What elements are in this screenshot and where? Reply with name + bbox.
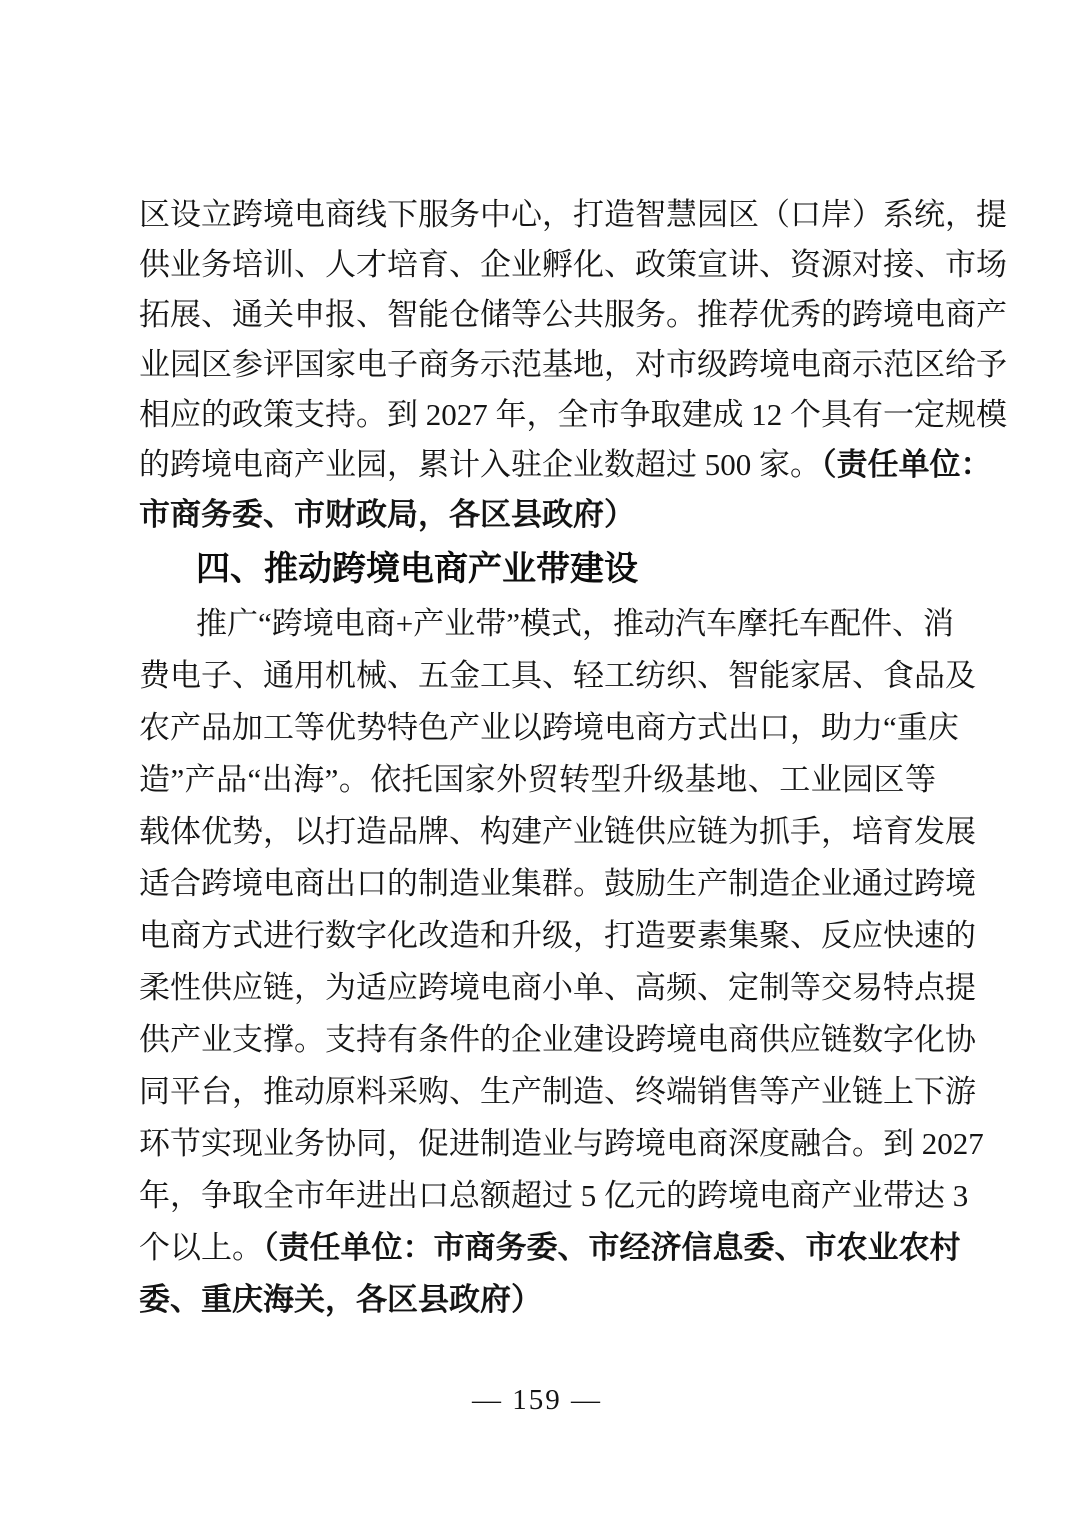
p1-line-6: 的跨境电商产业园，累计入驻企业数超过 500 家。（责任单位：: [139, 440, 936, 490]
p1-line-6-body-text: 的跨境电商产业园，累计入驻企业数超过 500 家。: [139, 447, 821, 482]
p2-line-13-responsible-unit-text: （责任单位：市商务委、市经济信息委、市农业农村: [263, 1230, 961, 1265]
p2-line-5: 载体优势，以打造品牌、构建产业链供应链为抓手，培育发展: [139, 806, 936, 858]
p2-line-6: 适合跨境电商出口的制造业集群。鼓励生产制造企业通过跨境: [139, 858, 936, 910]
page-number: — 159 —: [472, 1384, 602, 1416]
p2-line-11: 环节实现业务协同，促进制造业与跨境电商深度融合。到 2027: [139, 1118, 936, 1170]
page-footer: — 159 —: [0, 1384, 1074, 1417]
p2-line-10: 同平台，推动原料采购、生产制造、终端销售等产业链上下游: [139, 1066, 936, 1118]
text-block: 区设立跨境电商线下服务中心，打造智慧园区（口岸）系统，提 供业务培训、人才培育、…: [139, 190, 936, 1326]
p2-line-14-responsible-unit-text: 委、重庆海关，各区县政府）: [139, 1274, 936, 1326]
p2-line-13-body-text: 个以上。: [139, 1230, 263, 1265]
p2-line-1: 推广“跨境电商+产业带”模式，推动汽车摩托车配件、消: [139, 598, 936, 650]
p2-line-8: 柔性供应链，为适应跨境电商小单、高频、定制等交易特点提: [139, 962, 936, 1014]
p2-line-13: 个以上。（责任单位：市商务委、市经济信息委、市农业农村: [139, 1222, 936, 1274]
p1-line-7-responsible-unit-text: 市商务委、市财政局，各区县政府）: [139, 490, 936, 540]
paragraph-1: 区设立跨境电商线下服务中心，打造智慧园区（口岸）系统，提 供业务培训、人才培育、…: [139, 190, 936, 540]
section-heading: 四、推动跨境电商产业带建设: [139, 540, 936, 598]
p1-line-4: 业园区参评国家电子商务示范基地，对市级跨境电商示范区给予: [139, 340, 936, 390]
p2-line-2: 费电子、通用机械、五金工具、轻工纺织、智能家居、食品及: [139, 650, 936, 702]
p1-line-2: 供业务培训、人才培育、企业孵化、政策宣讲、资源对接、市场: [139, 240, 936, 290]
document-page: 区设立跨境电商线下服务中心，打造智慧园区（口岸）系统，提 供业务培训、人才培育、…: [0, 0, 1074, 1520]
p1-line-6-responsible-unit-text: （责任单位：: [821, 447, 992, 482]
p2-line-12: 年，争取全市年进出口总额超过 5 亿元的跨境电商产业带达 3: [139, 1170, 936, 1222]
p1-line-1: 区设立跨境电商线下服务中心，打造智慧园区（口岸）系统，提: [139, 190, 936, 240]
p2-line-3: 农产品加工等优势特色产业以跨境电商方式出口，助力“重庆: [139, 702, 936, 754]
paragraph-2: 推广“跨境电商+产业带”模式，推动汽车摩托车配件、消 费电子、通用机械、五金工具…: [139, 598, 936, 1326]
p1-line-5: 相应的政策支持。到 2027 年，全市争取建成 12 个具有一定规模: [139, 390, 936, 440]
p2-line-7: 电商方式进行数字化改造和升级，打造要素集聚、反应快速的: [139, 910, 936, 962]
p2-line-9: 供产业支撑。支持有条件的企业建设跨境电商供应链数字化协: [139, 1014, 936, 1066]
p1-line-3: 拓展、通关申报、智能仓储等公共服务。推荐优秀的跨境电商产: [139, 290, 936, 340]
p2-line-4: 造”产品“出海”。依托国家外贸转型升级基地、工业园区等: [139, 754, 936, 806]
